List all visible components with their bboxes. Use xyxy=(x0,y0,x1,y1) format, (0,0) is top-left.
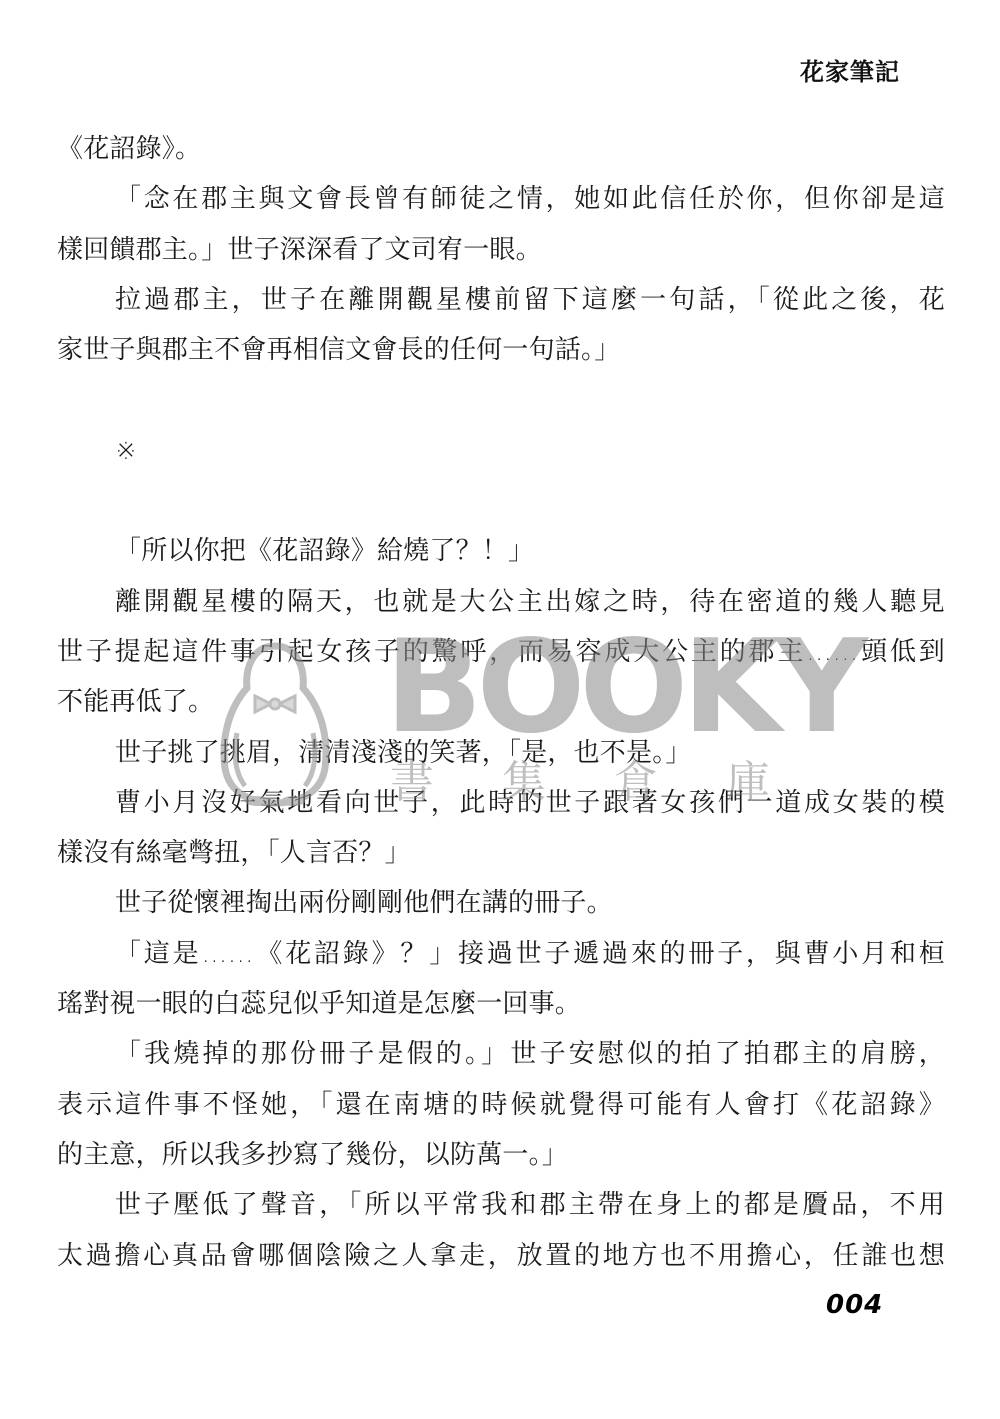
text-line: 樣回饋郡主。」世子深深看了文司宥一眼。 xyxy=(57,225,945,275)
blank-line xyxy=(57,375,945,425)
text-line: 瑤對視一眼的白蕊兒似乎知道是怎麼一回事。 xyxy=(57,979,945,1029)
text-line: 太過擔心真品會哪個陰險之人拿走，放置的地方也不用擔心，任誰也想 xyxy=(57,1231,945,1281)
page-body: 《花詔錄》。 「念在郡主與文會長曾有師徒之情，她如此信任於你，但你卻是這 樣回饋… xyxy=(57,124,945,1281)
page-number: 004 xyxy=(826,1290,883,1320)
text-line: 世子壓低了聲音，「所以平常我和郡主帶在身上的都是贗品，不用 xyxy=(57,1180,945,1230)
section-break-mark: ※ xyxy=(57,426,945,476)
text-line: 樣沒有絲毫彆扭，「人言否？」 xyxy=(57,828,945,878)
text-line: 離開觀星樓的隔天，也就是大公主出嫁之時，待在密道的幾人聽見 xyxy=(57,577,945,627)
blank-line xyxy=(57,476,945,526)
text-line: 「這是……《花詔錄》？」接過世子遞過來的冊子，與曹小月和桓 xyxy=(57,929,945,979)
text-line: 的主意，所以我多抄寫了幾份，以防萬一。」 xyxy=(57,1130,945,1180)
text-line: 曹小月沒好氣地看向世子，此時的世子跟著女孩們一道成女裝的模 xyxy=(57,778,945,828)
text-line: 《花詔錄》。 xyxy=(57,124,945,174)
text-line: 拉過郡主，世子在離開觀星樓前留下這麼一句話，「從此之後，花 xyxy=(57,275,945,325)
text-line: 世子從懷裡掏出兩份剛剛他們在講的冊子。 xyxy=(57,878,945,928)
running-header-title: 花家筆記 xyxy=(800,52,900,87)
text-line: 家世子與郡主不會再相信文會長的任何一句話。」 xyxy=(57,325,945,375)
text-line: 不能再低了。 xyxy=(57,677,945,727)
text-line: 「所以你把《花詔錄》給燒了？！」 xyxy=(57,526,945,576)
text-line: 「我燒掉的那份冊子是假的。」世子安慰似的拍了拍郡主的肩膀， xyxy=(57,1029,945,1079)
text-line: 世子挑了挑眉，清清淺淺的笑著，「是，也不是。」 xyxy=(57,728,945,778)
text-line: 「念在郡主與文會長曾有師徒之情，她如此信任於你，但你卻是這 xyxy=(57,174,945,224)
text-line: 表示這件事不怪她，「還在南塘的時候就覺得可能有人會打《花詔錄》 xyxy=(57,1080,945,1130)
text-line: 世子提起這件事引起女孩子的驚呼，而易容成大公主的郡主……頭低到 xyxy=(57,627,945,677)
